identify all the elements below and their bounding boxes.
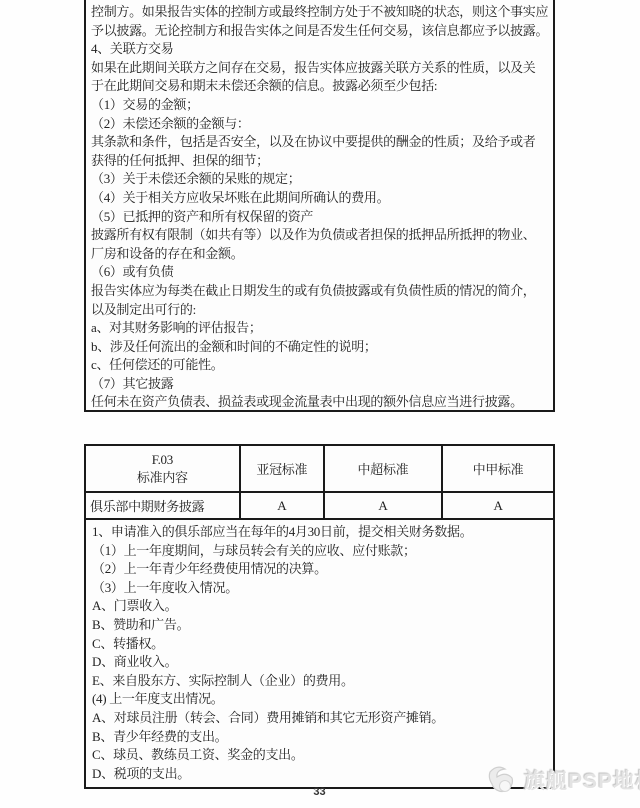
clause-text-line: 获得的任何抵押、担保的细节； [91, 152, 548, 171]
standard-grade-value: A [443, 493, 553, 518]
watermark-text: 旗舰PSP地板 [524, 765, 640, 795]
document-page: 控制方。如果报告实体的控制方或最终控制方处于不被知晓的状态，则这个事实应予以披露… [0, 0, 640, 808]
table-body-line: （2）上一年青少年经费使用情况的决算。 [92, 560, 547, 579]
table-header-label: 标准内容 [137, 469, 188, 487]
clause-text-line: 以及制定出可行的: [91, 301, 548, 320]
clause-text-line: b、涉及任何流出的金额和时间的不确定性的说明； [91, 338, 548, 357]
table-body-line: （1）上一年度期间，与球员转会有关的应收、应付账款； [92, 542, 547, 561]
table-body-line: （3）上一年度收入情况。 [92, 579, 547, 598]
clause-text-line: （6）或有负债 [91, 263, 548, 282]
table-item-label: 俱乐部中期财务披露 [86, 493, 241, 518]
table-body-line: (4) 上一年度支出情况。 [92, 690, 547, 709]
standard-grade-value: A [241, 493, 325, 518]
table-header-content-cell: F.03 标准内容 [86, 446, 241, 491]
table-body-line: B、青少年经费的支出。 [92, 728, 547, 747]
disclosure-clauses-block: 控制方。如果报告实体的控制方或最终控制方处于不被知晓的状态，则这个事实应予以披露… [84, 0, 555, 412]
clause-text-line: 于在此期间交易和期末未偿还余额的信息。披露必须至少包括: [91, 77, 548, 96]
clause-text-line: 厂房和设备的存在和金额。 [91, 245, 548, 264]
table-body-line: E、来自股东方、实际控制人（企业）的费用。 [92, 672, 547, 691]
clause-text-line: 予以披露。无论控制方和报告实体之间是否发生任何交易，该信息都应予以披露。 [91, 22, 548, 41]
clause-text-line: 如果在此期间关联方之间存在交易，报告实体应披露关联方关系的性质，以及关 [91, 59, 548, 78]
clause-text-line: （7）其它披露 [91, 375, 548, 394]
standard-column-header: 中超标准 [325, 446, 443, 491]
table-item-row: 俱乐部中期财务披露 AAA [86, 493, 553, 520]
standard-column-header: 亚冠标准 [241, 446, 325, 491]
table-body-line: C、球员、教练员工资、奖金的支出。 [92, 746, 547, 765]
clause-text-line: （2）未偿还余额的金额与： [91, 115, 548, 134]
watermark: 旗舰PSP地板 [483, 758, 640, 802]
clause-text-line: 披露所有权有限制（如共有等）以及作为负债或者担保的抵押品所抵押的物业、 [91, 226, 548, 245]
table-code: F.03 [152, 451, 173, 469]
table-body-line: 1、申请准入的俱乐部应当在每年的4月30日前，提交相关财务数据。 [92, 523, 547, 542]
clause-text-line: （5）已抵押的资产和所有权保留的资产 [91, 208, 548, 227]
standard-grade-value: A [325, 493, 443, 518]
standard-column-header: 中甲标准 [443, 446, 553, 491]
standards-table: F.03 标准内容 亚冠标准中超标准中甲标准 俱乐部中期财务披露 AAA 1、申… [84, 444, 555, 789]
table-body-line: D、商业收入。 [92, 653, 547, 672]
clause-text-line: （4）关于相关方应收呆坏账在此期间所确认的费用。 [91, 189, 548, 208]
clause-text-line: 4、关联方交易 [91, 40, 548, 59]
table-body-line: A、对球员注册（转会、合同）费用摊销和其它无形资产摊销。 [92, 709, 547, 728]
clause-text-line: 任何未在资产负债表、损益表或现金流量表中出现的额外信息应当进行披露。 [91, 393, 548, 412]
clause-text-line: （1）交易的金额； [91, 96, 548, 115]
clause-text-line: （3）关于未偿还余额的呆账的规定； [91, 170, 548, 189]
clause-text-line: 其条款和条件，包括是否安全，以及在协议中要提供的酬金的性质；及给予或者 [91, 133, 548, 152]
table-body-line: C、转播权。 [92, 635, 547, 654]
table-body-cell: 1、申请准入的俱乐部应当在每年的4月30日前，提交相关财务数据。（1）上一年度期… [86, 520, 553, 787]
clause-text-line: 控制方。如果报告实体的控制方或最终控制方处于不被知晓的状态，则这个事实应 [91, 3, 548, 22]
table-header-row: F.03 标准内容 亚冠标准中超标准中甲标准 [86, 446, 553, 493]
table-body-line: D、税项的支出。 [92, 765, 547, 784]
clause-text-line: 报告实体应为每类在截止日期发生的或有负债披露或有负债性质的情况的简介， [91, 282, 548, 301]
clause-text-line: a、对其财务影响的评估报告； [91, 319, 548, 338]
table-body-line: B、赞助和广告。 [92, 616, 547, 635]
table-body-line: A、门票收入。 [92, 597, 547, 616]
clause-text-line: c、任何偿还的可能性。 [91, 356, 548, 375]
watermark-logo-icon [483, 762, 519, 798]
